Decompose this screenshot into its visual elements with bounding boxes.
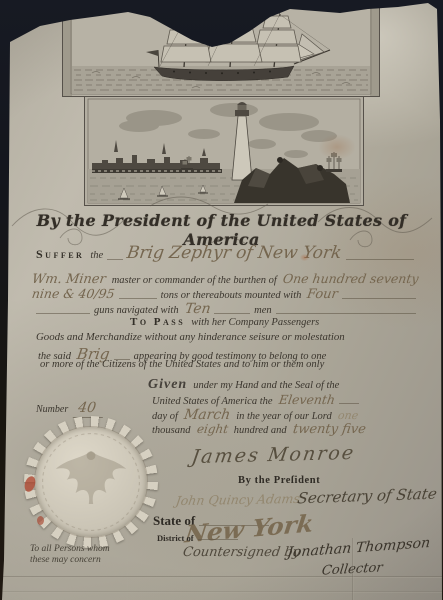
given-line-4: thousand eight hundred and twenty five: [152, 422, 366, 437]
given-line-3: day of March in the year of our Lord one: [152, 407, 358, 423]
parchment-document: By the President of the United States of…: [0, 0, 443, 600]
blank-line: [339, 401, 359, 404]
suffer-line: Suffer the Brig Zephyr of New York: [36, 243, 418, 263]
paper-stain: [318, 134, 356, 160]
day-entry: Eleventh: [277, 392, 335, 407]
blank-line: [342, 296, 416, 299]
given-word: Given: [148, 377, 187, 393]
master-printed-text: master or commander of the burthen of: [112, 275, 277, 286]
concern-note: To all Persons whom these may concern: [30, 544, 110, 566]
red-wax-spot-small: [37, 516, 44, 525]
secretary-signature: John Quincy Adams: [175, 491, 301, 508]
blank-line: [119, 296, 157, 299]
blank-line: [276, 311, 416, 314]
year-line-text: in the year of our Lord: [236, 411, 332, 422]
blank-line: [346, 257, 414, 260]
blank-line: [198, 537, 238, 540]
given-text-2: United States of America the: [152, 396, 273, 407]
guns-line: guns navigated with Ten men: [32, 301, 420, 317]
given-text-1: under my Hand and the Seal of the: [193, 380, 339, 391]
tons-printed-text: tons or thereabouts mounted with: [161, 290, 302, 301]
guns-printed-text: guns navigated with: [94, 305, 179, 316]
tonnage-entry-2: nine & 40/95: [31, 286, 116, 301]
guns-entry: Four: [306, 287, 339, 302]
fold-crease-horizontal: [0, 576, 443, 578]
given-line-2: United States of America the Eleventh: [152, 392, 363, 407]
ship-engraving: [62, 4, 380, 97]
men-word: men: [254, 305, 272, 316]
goods-printed-text: Goods and Merchandize without any hinder…: [36, 331, 345, 343]
seal-eagle-icon: [35, 427, 147, 537]
district-of-label: District of: [157, 533, 194, 543]
citizens-line: or more of the Citizens of the United St…: [40, 359, 324, 370]
master-name-entry: Wm. Miner: [31, 272, 107, 287]
embossed-paper-seal: [24, 416, 158, 548]
goods-line: Goods and Merchandize without any hinder…: [36, 331, 345, 343]
secretary-of-state-label: Secretary of State: [296, 485, 438, 508]
tons-line: nine & 40/95 tons or thereabouts mounted…: [32, 286, 420, 302]
month-entry: March: [183, 407, 231, 423]
countersigned-label: Countersigned by: [182, 545, 301, 560]
master-line: Wm. Miner master or commander of the bur…: [32, 271, 420, 287]
men-entry: Ten: [183, 301, 211, 317]
suffer-word: Suffer: [36, 247, 84, 262]
paper-stain-small: [300, 254, 309, 261]
the-word: the: [90, 250, 103, 261]
blank-line: [214, 311, 250, 314]
photo-backdrop: By the President of the United States of…: [0, 0, 443, 600]
district-of-line: District of: [157, 533, 242, 543]
countersigner-signature: Jonathan Thompson: [286, 535, 431, 561]
vessel-name-entry: Brig Zephyr of New York: [126, 243, 343, 263]
collector-signature: Collector: [321, 560, 384, 578]
fold-crease-horizontal-faint: [0, 591, 443, 593]
given-line-1: Given under my Hand and the Seal of the: [148, 377, 339, 393]
year-entry: twenty five: [292, 422, 367, 437]
number-label: Number: [36, 404, 68, 415]
seal-disc: [35, 427, 147, 537]
president-signature: James Monroe: [190, 442, 357, 468]
citizens-printed-text: or more of the Citizens of the United St…: [40, 359, 324, 370]
tonnage-entry-1: One hundred seventy: [282, 271, 420, 286]
blank-line: [107, 257, 123, 260]
to-pass-line: To Pass with her Company Passengers: [130, 316, 319, 328]
to-pass-words: To Pass: [130, 316, 185, 328]
by-the-president-label: By the Preſident: [238, 475, 320, 486]
eight-entry: eight: [196, 422, 229, 436]
concern-line-2: these may concern: [30, 555, 110, 566]
concern-line-1: To all Persons whom: [30, 544, 110, 555]
year-one-entry: one: [337, 409, 359, 422]
blank-line: [36, 311, 90, 314]
hundred-and-word: hundred and: [234, 425, 287, 436]
to-pass-rest: with her Company Passengers: [191, 317, 319, 328]
